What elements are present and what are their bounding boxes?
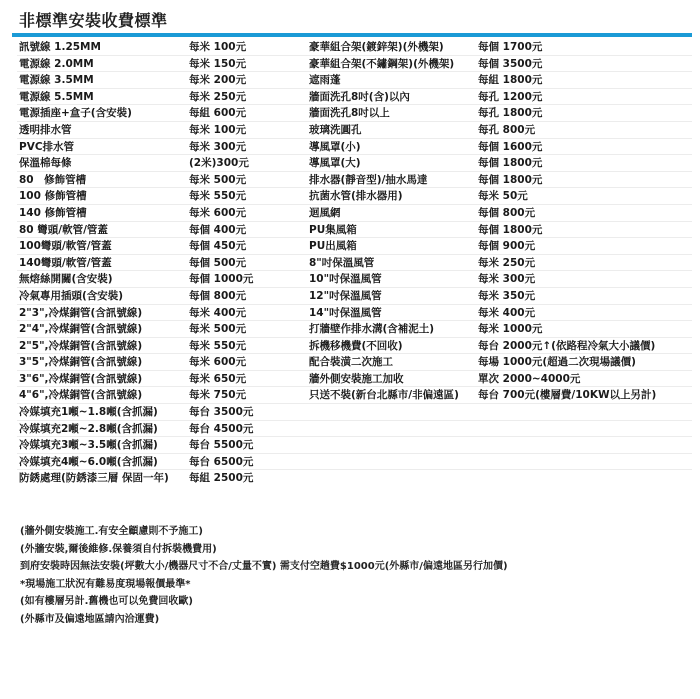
left-item-name: 防銹處理(防銹漆三層 保固一年) [19, 470, 169, 486]
left-item-price: 每米 400元 [189, 305, 246, 321]
table-row: PVC排水管每米 300元導風罩(小)每個 1600元 [17, 139, 692, 156]
right-item-name: 8"吋保溫風管 [309, 255, 374, 271]
left-item-name: 電源線 3.5MM [19, 72, 94, 88]
right-item-price: 每個 1600元 [478, 139, 542, 155]
left-item-price: 每台 4500元 [189, 421, 253, 437]
left-item-name: 冷媒填充2噸~2.8噸(含抓漏) [19, 421, 158, 437]
note-line: 到府安裝時因無法安裝(坪數大小/機器尺寸不合/丈量不實) 需支付空趟費$1000… [20, 558, 508, 576]
table-row: 防銹處理(防銹漆三層 保固一年)每組 2500元 [17, 470, 692, 487]
table-row: 2"3",冷煤銅管(含訊號線)每米 400元14"吋保溫風管每米 400元 [17, 305, 692, 322]
right-item-name: 排水器(靜音型)/抽水馬達 [309, 172, 427, 188]
note-line: (外牆安裝,爾後維修.保養須自付拆裝機費用) [20, 541, 508, 559]
right-item-price: 每個 3500元 [478, 56, 542, 72]
right-item-price: 每米 300元 [478, 271, 535, 287]
left-item-name: 透明排水管 [19, 122, 72, 138]
left-item-name: 訊號線 1.25MM [19, 39, 101, 55]
right-item-name: 抗菌水管(排水器用) [309, 188, 403, 204]
left-item-name: 140 修飾管槽 [19, 205, 87, 221]
table-row: 140 修飾管槽每米 600元迴風網每個 800元 [17, 205, 692, 222]
left-item-price: 每米 500元 [189, 172, 246, 188]
table-row: 冷媒填充1噸~1.8噸(含抓漏)每台 3500元 [17, 404, 692, 421]
left-item-price: 每組 600元 [189, 105, 246, 121]
right-item-price: 單次 2000~4000元 [478, 371, 580, 387]
note-line: (如有樓層另計.舊機也可以免費回收歐) [20, 593, 508, 611]
left-item-name: 80 修飾管槽 [19, 172, 86, 188]
right-item-price: 每孔 800元 [478, 122, 535, 138]
left-item-name: 3"6",冷煤銅管(含訊號線) [19, 371, 142, 387]
left-item-price: 每米 550元 [189, 188, 246, 204]
right-item-price: 每個 1800元 [478, 155, 542, 171]
right-item-name: PU出風箱 [309, 238, 357, 254]
table-row: 電源線 5.5MM每米 250元牆面洗孔8吋(含)以內每孔 1200元 [17, 89, 692, 106]
left-item-name: 100彎頭/軟管/管蓋 [19, 238, 112, 254]
left-item-name: 100 修飾管槽 [19, 188, 87, 204]
table-row: 2"4",冷煤銅管(含訊號線)每米 500元打牆壁作排水溝(含補泥土)每米 10… [17, 321, 692, 338]
right-item-price: 每個 1800元 [478, 172, 542, 188]
left-item-price: 每米 750元 [189, 387, 246, 403]
right-item-price: 每孔 1800元 [478, 105, 542, 121]
right-item-price: 每台 700元(樓層費/10KW以上另計) [478, 387, 656, 403]
left-item-price: 每米 150元 [189, 56, 246, 72]
page-title: 非標準安裝收費標準 [19, 8, 168, 31]
right-item-price: 每組 1800元 [478, 72, 542, 88]
left-item-name: 電源線 5.5MM [19, 89, 94, 105]
right-item-name: 拆機移機費(不回收) [309, 338, 403, 354]
left-item-price: 每台 3500元 [189, 404, 253, 420]
left-item-name: 保溫棉每條 [19, 155, 72, 171]
table-row: 2"5",冷煤銅管(含訊號線)每米 550元拆機移機費(不回收)每台 2000元… [17, 338, 692, 355]
table-row: 冷媒填充3噸~3.5噸(含抓漏)每台 5500元 [17, 437, 692, 454]
table-row: 電源線 2.0MM每米 150元豪華組合架(不鏽鋼架)(外機架)每個 3500元 [17, 56, 692, 73]
table-row: 冷媒填充2噸~2.8噸(含抓漏)每台 4500元 [17, 421, 692, 438]
left-item-price: 每米 100元 [189, 39, 246, 55]
right-item-price: 每個 1700元 [478, 39, 542, 55]
right-item-price: 每米 1000元 [478, 321, 542, 337]
left-item-name: PVC排水管 [19, 139, 74, 155]
title-underline-bar [12, 33, 692, 37]
left-item-name: 冷媒填充1噸~1.8噸(含抓漏) [19, 404, 158, 420]
left-item-price: 每台 6500元 [189, 454, 253, 470]
right-item-price: 每個 800元 [478, 205, 535, 221]
right-item-price: 每場 1000元(超過二次現場議價) [478, 354, 636, 370]
left-item-name: 冷媒填充4噸~6.0噸(含抓漏) [19, 454, 158, 470]
left-item-name: 2"5",冷煤銅管(含訊號線) [19, 338, 142, 354]
left-item-price: 每米 550元 [189, 338, 246, 354]
left-item-name: 2"3",冷煤銅管(含訊號線) [19, 305, 142, 321]
left-item-price: 每個 400元 [189, 222, 246, 238]
left-item-price: 每米 500元 [189, 321, 246, 337]
left-item-price: (2米)300元 [189, 155, 249, 171]
note-line: (外縣市及偏遠地區請內洽運費) [20, 611, 508, 629]
table-row: 電源線 3.5MM每米 200元遮雨蓬每組 1800元 [17, 72, 692, 89]
left-item-price: 每米 300元 [189, 139, 246, 155]
right-item-name: PU集風箱 [309, 222, 357, 238]
table-row: 保溫棉每條(2米)300元導風罩(大)每個 1800元 [17, 155, 692, 172]
right-item-price: 每米 400元 [478, 305, 535, 321]
right-item-name: 牆外側安裝施工加收 [309, 371, 404, 387]
right-item-name: 遮雨蓬 [309, 72, 341, 88]
notes-section: (牆外側安裝施工.有安全顧慮則不予施工)(外牆安裝,爾後維修.保養須自付拆裝機費… [20, 523, 508, 628]
left-item-price: 每個 1000元 [189, 271, 253, 287]
table-row: 電源插座+盒子(含安裝)每組 600元牆面洗孔8吋以上每孔 1800元 [17, 105, 692, 122]
left-item-price: 每米 600元 [189, 354, 246, 370]
table-row: 冷氣專用插頭(含安裝)每個 800元12"吋保溫風管每米 350元 [17, 288, 692, 305]
table-row: 3"6",冷煤銅管(含訊號線)每米 650元牆外側安裝施工加收單次 2000~4… [17, 371, 692, 388]
table-row: 透明排水管每米 100元玻璃洗圓孔每孔 800元 [17, 122, 692, 139]
table-row: 訊號線 1.25MM每米 100元豪華組合架(鍍鋅架)(外機架)每個 1700元 [17, 39, 692, 56]
right-item-price: 每個 1800元 [478, 222, 542, 238]
table-row: 3"5",冷煤銅管(含訊號線)每米 600元配合裝潢二次施工每場 1000元(超… [17, 354, 692, 371]
left-item-name: 3"5",冷煤銅管(含訊號線) [19, 354, 142, 370]
right-item-name: 豪華組合架(鍍鋅架)(外機架) [309, 39, 444, 55]
left-item-name: 4"6",冷煤銅管(含訊號線) [19, 387, 142, 403]
right-item-name: 10"吋保溫風管 [309, 271, 382, 287]
table-row: 80 彎頭/軟管/管蓋每個 400元PU集風箱每個 1800元 [17, 222, 692, 239]
right-item-name: 導風罩(大) [309, 155, 361, 171]
right-item-name: 玻璃洗圓孔 [309, 122, 362, 138]
right-item-name: 12"吋保溫風管 [309, 288, 382, 304]
left-item-name: 電源插座+盒子(含安裝) [19, 105, 132, 121]
left-item-price: 每米 600元 [189, 205, 246, 221]
left-item-name: 無熔絲開關(含安裝) [19, 271, 113, 287]
table-row: 140彎頭/軟管/管蓋每個 500元8"吋保溫風管每米 250元 [17, 255, 692, 272]
note-line: *現場施工狀況有難易度現場報價最準* [20, 576, 508, 594]
table-row: 4"6",冷煤銅管(含訊號線)每米 750元只送不裝(新台北縣市/非偏遠區)每台… [17, 387, 692, 404]
right-item-price: 每米 250元 [478, 255, 535, 271]
right-item-name: 牆面洗孔8吋(含)以內 [309, 89, 410, 105]
left-item-name: 電源線 2.0MM [19, 56, 94, 72]
table-row: 冷媒填充4噸~6.0噸(含抓漏)每台 6500元 [17, 454, 692, 471]
left-item-name: 140彎頭/軟管/管蓋 [19, 255, 112, 271]
right-item-name: 只送不裝(新台北縣市/非偏遠區) [309, 387, 459, 403]
right-item-name: 迴風網 [309, 205, 341, 221]
right-item-name: 導風罩(小) [309, 139, 361, 155]
right-item-price: 每個 900元 [478, 238, 535, 254]
left-item-price: 每個 450元 [189, 238, 246, 254]
left-item-name: 80 彎頭/軟管/管蓋 [19, 222, 108, 238]
right-item-name: 牆面洗孔8吋以上 [309, 105, 390, 121]
right-item-name: 豪華組合架(不鏽鋼架)(外機架) [309, 56, 454, 72]
left-item-name: 2"4",冷煤銅管(含訊號線) [19, 321, 142, 337]
table-row: 無熔絲開關(含安裝)每個 1000元10"吋保溫風管每米 300元 [17, 271, 692, 288]
left-item-price: 每組 2500元 [189, 470, 253, 486]
left-item-price: 每個 800元 [189, 288, 246, 304]
right-item-price: 每米 50元 [478, 188, 528, 204]
left-item-name: 冷氣專用插頭(含安裝) [19, 288, 123, 304]
left-item-price: 每台 5500元 [189, 437, 253, 453]
price-table: 訊號線 1.25MM每米 100元豪華組合架(鍍鋅架)(外機架)每個 1700元… [17, 39, 692, 487]
left-item-price: 每米 650元 [189, 371, 246, 387]
left-item-price: 每米 100元 [189, 122, 246, 138]
table-row: 100彎頭/軟管/管蓋每個 450元PU出風箱每個 900元 [17, 238, 692, 255]
right-item-name: 打牆壁作排水溝(含補泥土) [309, 321, 434, 337]
right-item-price: 每台 2000元↑(依路程冷氣大小議價) [478, 338, 655, 354]
left-item-price: 每個 500元 [189, 255, 246, 271]
table-row: 100 修飾管槽每米 550元抗菌水管(排水器用)每米 50元 [17, 188, 692, 205]
left-item-price: 每米 200元 [189, 72, 246, 88]
left-item-price: 每米 250元 [189, 89, 246, 105]
right-item-name: 配合裝潢二次施工 [309, 354, 393, 370]
right-item-name: 14"吋保溫風管 [309, 305, 382, 321]
note-line: (牆外側安裝施工.有安全顧慮則不予施工) [20, 523, 508, 541]
right-item-price: 每孔 1200元 [478, 89, 542, 105]
table-row: 80 修飾管槽每米 500元排水器(靜音型)/抽水馬達每個 1800元 [17, 172, 692, 189]
right-item-price: 每米 350元 [478, 288, 535, 304]
left-item-name: 冷媒填充3噸~3.5噸(含抓漏) [19, 437, 158, 453]
